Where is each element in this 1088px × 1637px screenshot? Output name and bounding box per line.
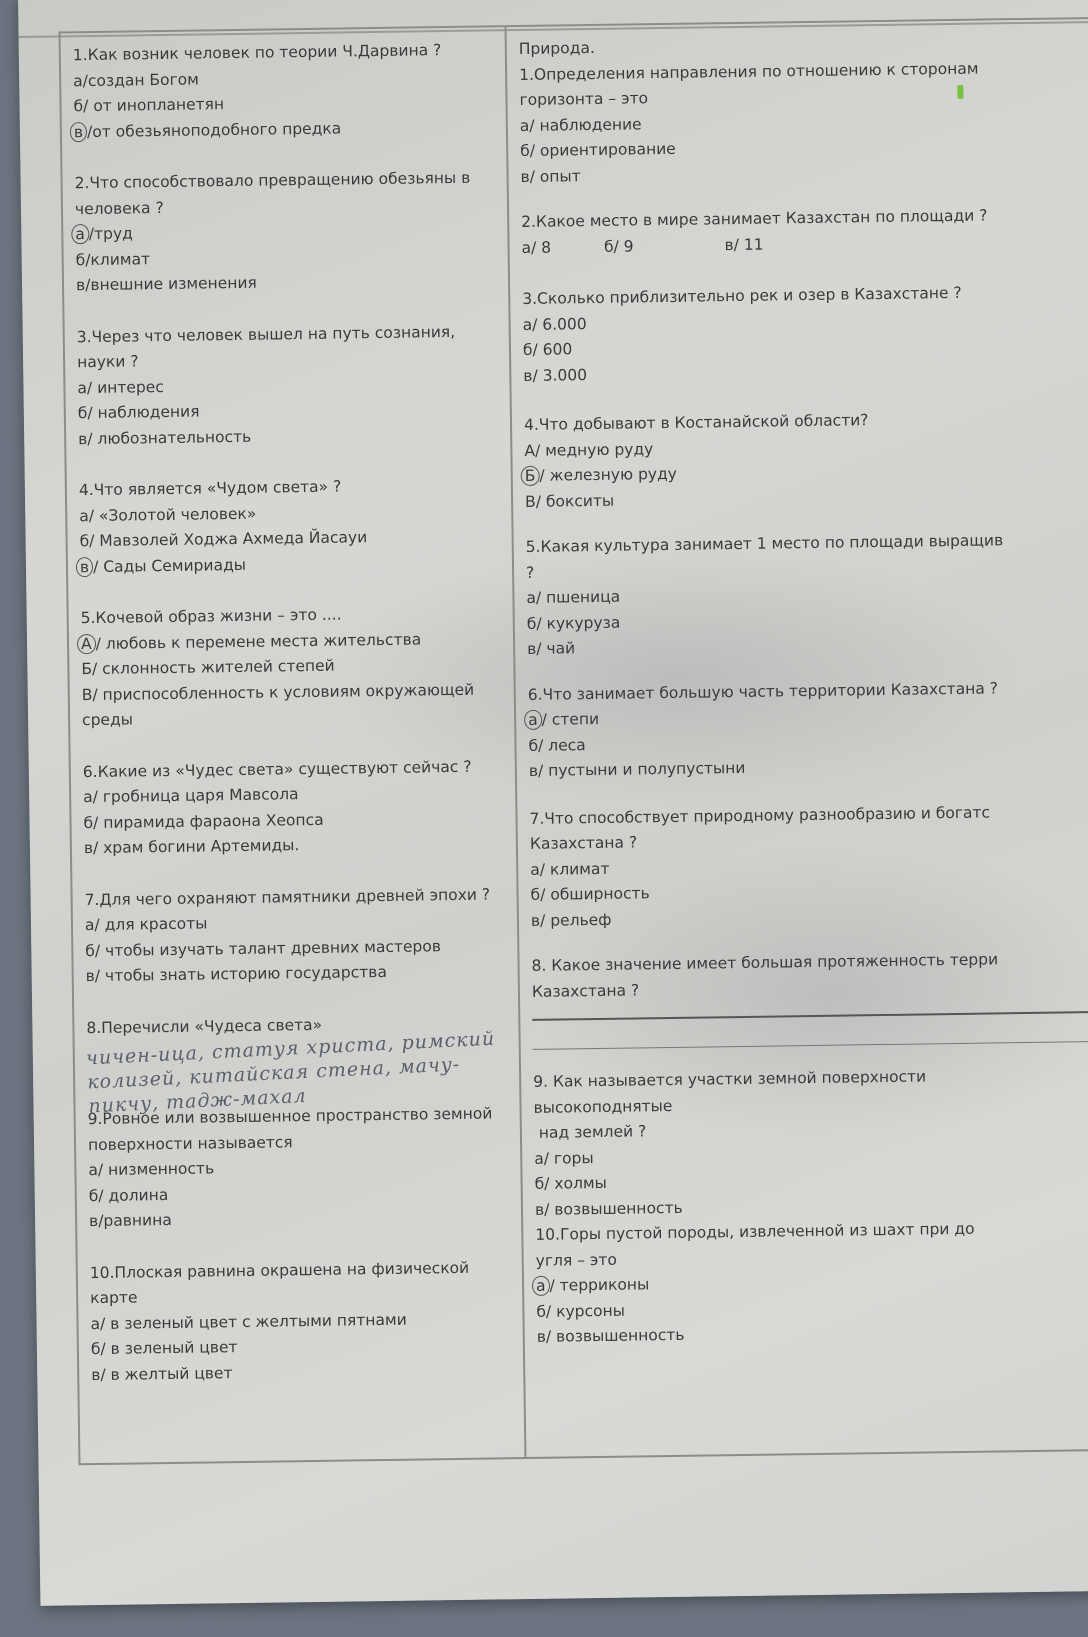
- option-letter: в: [529, 762, 538, 780]
- option-letter: б: [528, 736, 538, 754]
- option-letter: а: [85, 916, 95, 934]
- option-text: / гробница царя Мавсола: [93, 785, 299, 806]
- option-letter: в: [520, 167, 529, 185]
- option-letter: в: [535, 1200, 544, 1218]
- green-ink-mark: [957, 85, 963, 99]
- option-text: /создан Богом: [83, 70, 199, 90]
- option-text: / леса: [538, 736, 586, 755]
- right-column: Природа. 1.Определения направления по от…: [506, 19, 1088, 1457]
- question-6: 6.Что занимает большую часть территории …: [528, 674, 1088, 784]
- question-9: 9. Как называется участки земной поверхн…: [533, 1062, 1088, 1223]
- option-text: / склонность жителей степей: [92, 657, 335, 678]
- option-letter: в: [531, 911, 540, 929]
- question-4: 4.Что является «Чудом света» ?а/ «Золото…: [79, 472, 504, 580]
- question-5: 5.Какая культура занимает 1 место по пло…: [526, 527, 1088, 662]
- option-letter: а: [73, 72, 83, 90]
- option-text: / степи: [542, 710, 600, 729]
- question-9: 9.Ровное или возвышенное пространство зе…: [88, 1101, 514, 1234]
- option-text: / храм богини Артемиды.: [93, 836, 300, 857]
- option-letter: б: [91, 1340, 101, 1358]
- question-2: 2.Что способствовало превращению обезьян…: [74, 165, 500, 298]
- option-letter: в: [78, 430, 87, 448]
- quiz-table: 1.Как возник человек по теории Ч.Дарвина…: [58, 17, 1088, 1465]
- question-2: 2.Какое место в мире занимает Казахстан …: [521, 202, 1088, 261]
- option-text: / наблюдения: [87, 403, 199, 423]
- answer-option-selected[interactable]: в/ Сады Семириады: [80, 549, 504, 580]
- option-text: / бокситы: [536, 491, 615, 510]
- option-text: /равнина: [98, 1211, 172, 1230]
- question-8: 8.Перечисли «Чудеса света»чичен-ица, ста…: [86, 1010, 511, 1111]
- option-letter: б: [523, 341, 533, 359]
- worksheet-paper: 1.Как возник человек по теории Ч.Дарвина…: [18, 0, 1088, 1606]
- option-letter: в: [76, 276, 85, 294]
- option-letter: б: [79, 532, 89, 550]
- option-text: / любознательность: [87, 427, 251, 447]
- option-text: / климат: [540, 859, 610, 878]
- option-text: / «Золотой человек»: [89, 504, 257, 524]
- option-text: / низменность: [98, 1159, 215, 1179]
- option-text: /труд: [89, 224, 133, 243]
- option-letter: б: [78, 404, 88, 422]
- option-text: / интерес: [87, 378, 164, 397]
- option-text: / Сады Семириады: [93, 555, 246, 575]
- option-text: / курсоны: [546, 1301, 625, 1320]
- option-letter: в: [86, 967, 95, 985]
- option-letter: Б: [81, 660, 92, 678]
- circled-letter: в: [76, 557, 93, 577]
- option-letter: б: [535, 1175, 545, 1193]
- option-letter: в: [527, 640, 536, 658]
- option-text: / чай: [536, 639, 575, 658]
- option-letter: в: [537, 1328, 546, 1346]
- question-5: 5.Кочевой образ жизни – это ....А/ любов…: [81, 600, 507, 733]
- question-4: 4.Что добывают в Костанайской области? А…: [524, 405, 1088, 515]
- question-10: 10.Плоская равнина окрашена на физическо…: [90, 1255, 516, 1388]
- option-text: / для красоты: [94, 914, 207, 934]
- circled-letter: а: [524, 710, 542, 730]
- option-letter: в: [84, 839, 93, 857]
- circled-letter: а: [532, 1276, 550, 1296]
- option-text: / холмы: [544, 1174, 607, 1193]
- option-text: /от обезьяноподобного предка: [87, 119, 341, 141]
- option-text: / Мавзолей Ходжа Ахмеда Йасауи: [89, 528, 367, 550]
- circled-letter: Б: [521, 466, 540, 486]
- option-text: / медную руду: [535, 440, 654, 460]
- circled-letter: а: [71, 224, 89, 244]
- option-text: / кукуруза: [536, 613, 620, 632]
- question-10: 10.Горы пустой породы, извлеченной из ша…: [535, 1215, 1088, 1350]
- option-letter: а: [90, 1314, 100, 1332]
- option-text: / пшеница: [536, 588, 621, 607]
- option-letter: б: [527, 614, 537, 632]
- option-letter: а: [520, 116, 530, 134]
- option-text: / наблюдение: [529, 115, 642, 135]
- option: б/ 9: [604, 237, 634, 255]
- option-letter: а: [530, 860, 540, 878]
- question-7: 7.Что способствует природному разнообраз…: [529, 798, 1088, 933]
- answer-option[interactable]: в/внешние изменения: [76, 267, 500, 298]
- option-text: / приспособленность к условиям окружающе…: [82, 680, 474, 729]
- question-6: 6.Какие из «Чудес света» существуют сейч…: [83, 754, 508, 862]
- question-3: 3.Через что человек вышел на путь сознан…: [77, 319, 503, 452]
- option-text: / чтобы знать историю государства: [95, 963, 387, 985]
- option-text: / рельеф: [540, 910, 612, 929]
- option-text: / долина: [98, 1186, 168, 1205]
- option-text: / терриконы: [549, 1275, 649, 1294]
- question-3: 3.Сколько приблизительно рек и озер в Ка…: [522, 279, 1088, 389]
- option-letter: а: [88, 1161, 98, 1179]
- answer-option[interactable]: в/ в желтый цвет: [91, 1357, 515, 1388]
- answer-option-selected[interactable]: в/от обезьяноподобного предка: [74, 114, 498, 145]
- question-text: 2.Что способствовало превращению обезьян…: [74, 165, 499, 222]
- question-text: 10.Плоская равнина окрашена на физическо…: [90, 1255, 515, 1312]
- answer-option[interactable]: в/ чтобы знать историю государства: [86, 958, 510, 989]
- option-letter: а: [79, 507, 89, 525]
- option-text: /климат: [85, 250, 150, 269]
- option-text: / железную руду: [539, 465, 677, 485]
- option-letter: б: [76, 251, 86, 269]
- option-letter: б: [530, 886, 540, 904]
- option-text: / 600: [532, 340, 572, 359]
- option-text: / пустыни и полупустыни: [538, 759, 746, 780]
- question-1: 1.Как возник человек по теории Ч.Дарвина…: [73, 37, 498, 145]
- option-letter: в: [91, 1365, 100, 1383]
- option-text: /внешние изменения: [85, 274, 257, 294]
- option-letter: б: [520, 142, 530, 160]
- option-letter: В: [82, 686, 93, 704]
- option-text: / ориентирование: [530, 140, 676, 160]
- option-text: / любовь к перемене места жительства: [96, 630, 422, 653]
- option-text: / опыт: [530, 167, 581, 186]
- left-column: 1.Как возник человек по теории Ч.Дарвина…: [61, 27, 527, 1463]
- option-letter: в: [523, 366, 532, 384]
- option-text: / обширность: [540, 884, 650, 904]
- question-text: 3.Через что человек вышел на путь сознан…: [77, 319, 502, 376]
- answer-option[interactable]: в/равнина: [89, 1203, 513, 1234]
- option-text: / возвышенность: [546, 1326, 685, 1346]
- option-letter: б: [73, 97, 83, 115]
- option-text: / в зеленый цвет с желтыми пятнами: [100, 1310, 407, 1332]
- option-text: / горы: [544, 1149, 594, 1168]
- option-text: / 6.000: [532, 315, 587, 334]
- option-letter: а: [83, 788, 93, 806]
- option-text: / от инопланетян: [83, 95, 224, 115]
- option-text: / пирамида фараона Хеопса: [93, 810, 324, 831]
- option-letter: а: [534, 1149, 544, 1167]
- option-letter: а: [526, 589, 536, 607]
- option-text: / возвышенность: [544, 1198, 683, 1218]
- option-text: / 3.000: [532, 366, 587, 385]
- option-letter: в: [89, 1212, 98, 1230]
- question-8: 8. Какое значение имеет большая протяжен…: [531, 946, 1088, 1050]
- option-letter: б: [83, 814, 93, 832]
- option-text: / в зеленый цвет: [100, 1338, 237, 1358]
- circled-letter: А: [77, 633, 96, 653]
- option-letter: а: [523, 315, 533, 333]
- option: а/ 8: [521, 238, 551, 256]
- option-letter: б: [85, 942, 95, 960]
- option-text: / чтобы изучать талант древних мастеров: [95, 937, 441, 960]
- option: в/ 11: [724, 235, 763, 254]
- answer-option[interactable]: в/ храм богини Артемиды.: [84, 830, 508, 861]
- option-letter: В: [525, 492, 536, 510]
- question-1: 1.Определения направления по отношению к…: [519, 55, 1088, 190]
- option-letter: б: [89, 1186, 99, 1204]
- option-letter: б: [536, 1302, 546, 1320]
- answer-option[interactable]: В/ приспособленность к условиям окружающ…: [82, 677, 507, 734]
- question-7: 7.Для чего охраняют памятники древней эп…: [84, 882, 509, 990]
- option-letter: А: [524, 441, 535, 459]
- circled-letter: в: [70, 122, 87, 142]
- option-text: / в желтый цвет: [100, 1364, 232, 1384]
- answer-option[interactable]: в/ любознательность: [78, 421, 502, 452]
- option-letter: а: [77, 379, 87, 397]
